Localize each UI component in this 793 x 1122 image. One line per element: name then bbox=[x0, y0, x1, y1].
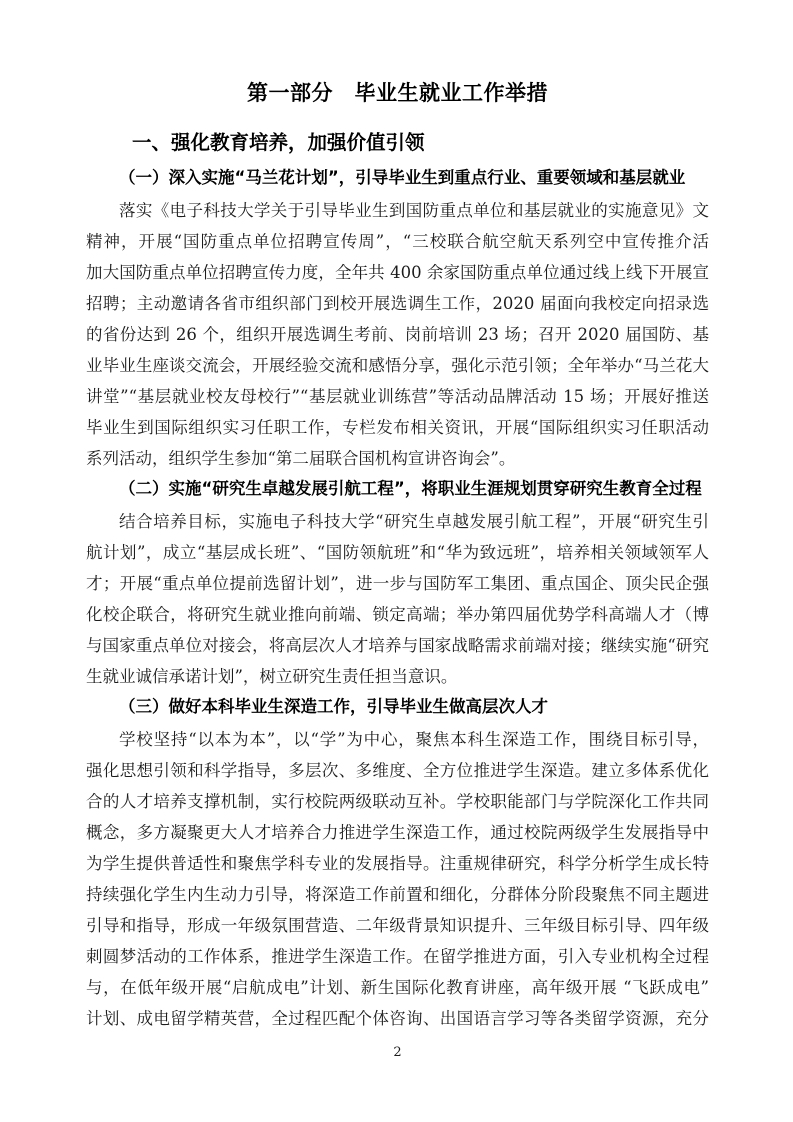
subsection-2-paragraph: 结合培养目标，实施电子科技大学“研究生卓越发展引航工程”，开展“研究生引航计划”… bbox=[86, 506, 709, 692]
text-line: 落实《电子科技大学关于引导毕业生到国防重点单位和基层就业的实施意见》文件 bbox=[86, 195, 709, 226]
subsection-3-heading: （三）做好本科毕业生深造工作，引导毕业生做高层次人才 bbox=[86, 695, 709, 719]
document-title: 第一部分 毕业生就业工作举措 bbox=[86, 78, 709, 108]
text-line: 为学生提供普适性和聚焦学科专业的发展指导。注重规律研究，科学分析学生成长特点， bbox=[86, 848, 709, 879]
subsection-3-paragraph: 学校坚持“以本为本”，以“学”为中心，聚焦本科生深造工作，围绕目标引导，强化思想… bbox=[86, 724, 709, 1034]
text-line: 引导和指导，形成一年级氛围营造、二年级背景知识提升、三年级目标引导、四年级冲 bbox=[86, 910, 709, 941]
text-line: 招聘；主动邀请各省市组织部门到校开展选调生工作，2020 届面向我校定向招录选调… bbox=[86, 288, 709, 319]
text-line: 合的人才培养支撑机制，实行校院两级联动互补。学校职能部门与学院深化工作共同体 bbox=[86, 786, 709, 817]
text-line: 与国家重点单位对接会，将高层次人才培养与国家战略需求前端对接；继续实施“研究 bbox=[86, 630, 709, 661]
text-line: 毕业生到国际组织实习任职工作，专栏发布相关资讯，开展“国际组织实习任职活动月” bbox=[86, 412, 709, 443]
text-line: 计划、成电留学精英营，全过程匹配个体咨询、出国语言学习等各类留学资源，充分确 bbox=[86, 1003, 709, 1034]
text-line: 精神，开展“国防重点单位招聘宣传周”，“三校联合航空航天系列空中宣传推介活动”， bbox=[86, 226, 709, 257]
page-number: 2 bbox=[86, 1044, 709, 1062]
text-line: 刺圆梦活动的工作体系，推进学生深造工作。在留学推进方面，引入专业机构全过程参 bbox=[86, 941, 709, 972]
text-line: 生就业诚信承诺计划”，树立研究生责任担当意识。 bbox=[86, 661, 709, 692]
subsection-1-heading: （一）深入实施“马兰花计划”，引导毕业生到重点行业、重要领域和基层就业 bbox=[86, 166, 709, 190]
text-line: 才；开展“重点单位提前选留计划”，进一步与国防军工集团、重点国企、顶尖民企强 bbox=[86, 568, 709, 599]
subsection-1-paragraph: 落实《电子科技大学关于引导毕业生到国防重点单位和基层就业的实施意见》文件精神，开… bbox=[86, 195, 709, 474]
section-heading-1: 一、强化教育培养，加强价值引领 bbox=[132, 130, 709, 156]
text-line: 结合培养目标，实施电子科技大学“研究生卓越发展引航工程”，开展“研究生引 bbox=[86, 506, 709, 537]
text-line: 系列活动，组织学生参加“第二届联合国机构宣讲咨询会”。 bbox=[86, 443, 709, 474]
text-line: 化校企联合，将研究生就业推向前端、锁定高端；举办第四届优势学科高端人才（博士） bbox=[86, 599, 709, 630]
text-line: 学校坚持“以本为本”，以“学”为中心，聚焦本科生深造工作，围绕目标引导， bbox=[86, 724, 709, 755]
text-line: 持续强化学生内生动力引导，将深造工作前置和细化，分群体分阶段聚焦不同主题进行 bbox=[86, 879, 709, 910]
subsection-2-heading: （二）实施“研究生卓越发展引航工程”，将职业生涯规划贯穿研究生教育全过程 bbox=[86, 477, 709, 501]
text-line: 的省份达到 26 个，组织开展选调生考前、岗前培训 23 场；召开 2020 届… bbox=[86, 319, 709, 350]
text-line: 航计划”，成立“基层成长班”、“国防领航班”和“华为致远班”，培养相关领域领军人 bbox=[86, 537, 709, 568]
text-line: 与，在低年级开展“启航成电”计划、新生国际化教育讲座，高年级开展 “飞跃成电” bbox=[86, 972, 709, 1003]
text-line: 讲堂”“基层就业校友母校行”“基层就业训练营”等活动品牌活动 15 场；开展好推… bbox=[86, 381, 709, 412]
document-page: 第一部分 毕业生就业工作举措 一、强化教育培养，加强价值引领 （一）深入实施“马… bbox=[0, 0, 793, 1122]
text-line: 加大国防重点单位招聘宣传力度，全年共 400 余家国防重点单位通过线上线下开展宣… bbox=[86, 257, 709, 288]
text-line: 业毕业生座谈交流会，开展经验交流和感悟分享，强化示范引领；全年举办“马兰花大 bbox=[86, 350, 709, 381]
text-line: 强化思想引领和科学指导，多层次、多维度、全方位推进学生深造。建立多体系优化融 bbox=[86, 755, 709, 786]
text-line: 概念，多方凝聚更大人才培养合力推进学生深造工作，通过校院两级学生发展指导中心， bbox=[86, 817, 709, 848]
